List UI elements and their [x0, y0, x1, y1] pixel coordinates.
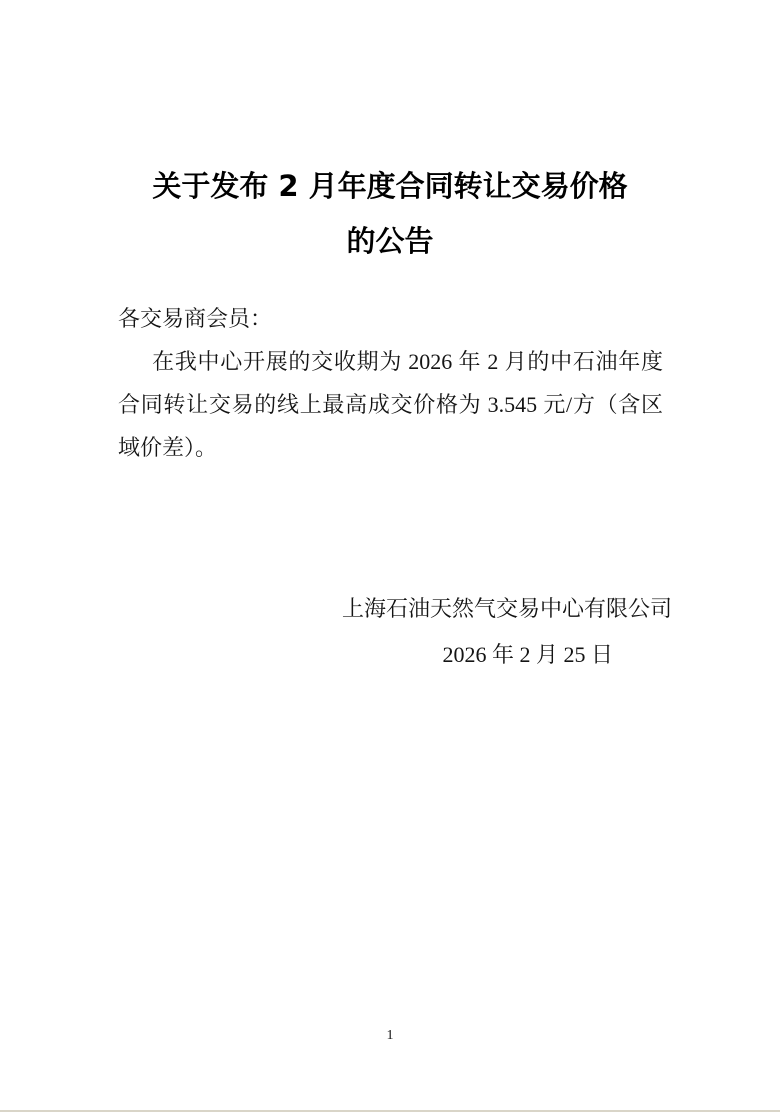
- document-title-line-2: 的公告: [0, 214, 780, 269]
- document-title: 关于发布 2 月年度合同转让交易价格 的公告: [0, 0, 780, 269]
- issuer-name: 上海石油天然气交易中心有限公司: [0, 587, 672, 630]
- document-title-line-1: 关于发布 2 月年度合同转让交易价格: [0, 159, 780, 214]
- page-number: 1: [0, 1028, 780, 1044]
- document-body: 各交易商会员： 在我中心开展的交收期为 2026 年 2 月的中石油年度合同转让…: [118, 297, 663, 469]
- salutation-line: 各交易商会员：: [118, 297, 663, 340]
- body-paragraph: 在我中心开展的交收期为 2026 年 2 月的中石油年度合同转让交易的线上最高成…: [118, 340, 663, 469]
- signature-block: 上海石油天然气交易中心有限公司 2026 年 2 月 25 日: [0, 587, 780, 676]
- document-page: 关于发布 2 月年度合同转让交易价格 的公告 各交易商会员： 在我中心开展的交收…: [0, 0, 780, 1114]
- page-bottom-edge: [0, 1110, 780, 1112]
- issue-date: 2026 年 2 月 25 日: [0, 633, 613, 676]
